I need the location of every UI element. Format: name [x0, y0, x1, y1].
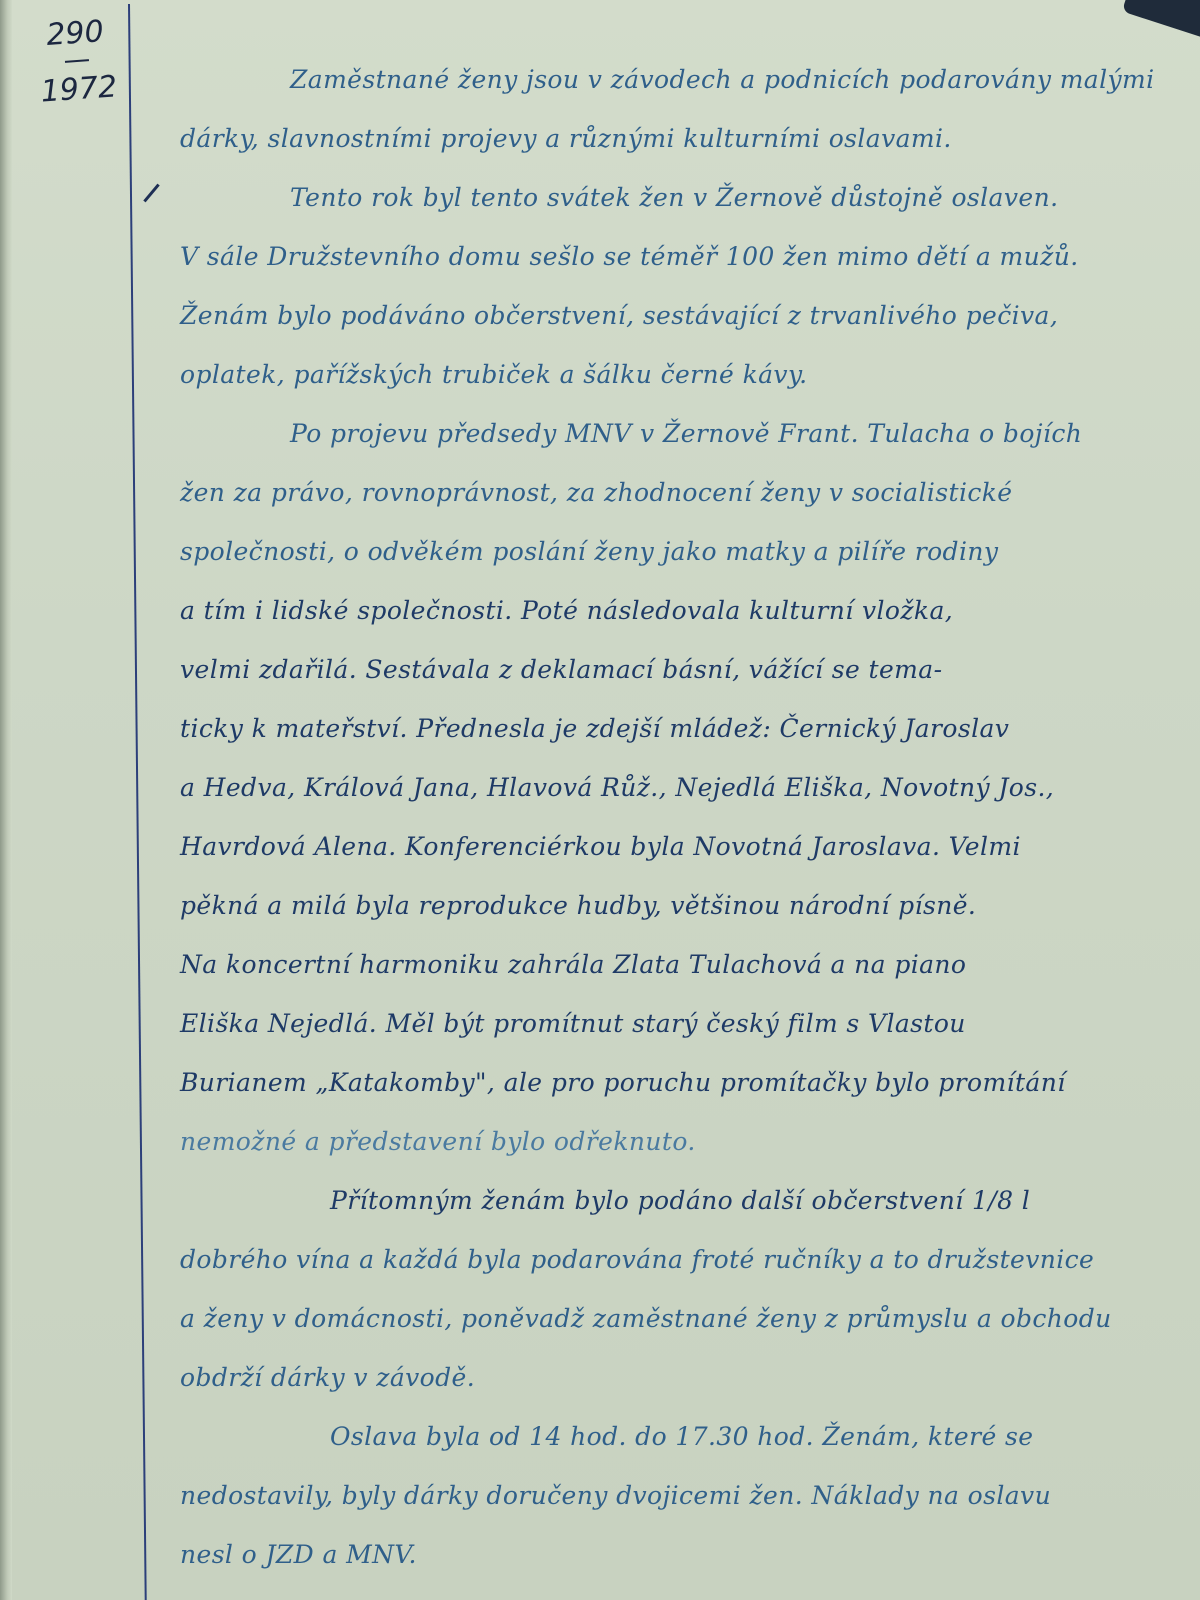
text-line-23: obdrží dárky v závodě. [180, 1348, 1180, 1407]
text-line-16: Na koncertní harmoniku zahrála Zlata Tul… [180, 935, 1180, 994]
text-line-2: dárky, slavnostními projevy a různými ku… [180, 109, 1180, 168]
text-line-24: Oslava byla od 14 hod. do 17.30 hod. Žen… [180, 1407, 1180, 1466]
text-line-19: nemožné a představení bylo odřeknuto. [180, 1112, 1180, 1171]
page-number: 290 [45, 14, 105, 53]
margin-rule-line [128, 4, 147, 1600]
text-line-17: Eliška Nejedlá. Měl být promítnut starý … [180, 994, 1180, 1053]
text-line-9: společnosti, o odvěkém poslání ženy jako… [180, 522, 1180, 581]
text-line-14: Havrdová Alena. Konferenciérkou byla Nov… [180, 817, 1180, 876]
correction-mark [143, 184, 159, 203]
chronicle-page: 290 1972 Zaměstnané ženy jsou v závodech… [0, 0, 1200, 1600]
text-line-3: Tento rok byl tento svátek žen v Žernově… [180, 168, 1180, 227]
text-line-18: Burianem „Katakomby", ale pro poruchu pr… [180, 1053, 1180, 1112]
page-binding-edge [0, 0, 12, 1600]
text-line-20: Přítomným ženám bylo podáno další občers… [180, 1171, 1180, 1230]
text-line-12: ticky k mateřství. Přednesla je zdejší m… [180, 699, 1180, 758]
text-line-10: a tím i lidské společnosti. Poté následo… [180, 581, 1180, 640]
text-line-5: Ženám bylo podáváno občerstvení, sestáva… [180, 286, 1180, 345]
text-line-25: nedostavily, byly dárky doručeny dvojice… [180, 1466, 1180, 1525]
text-line-13: a Hedva, Králová Jana, Hlavová Růž., Nej… [180, 758, 1180, 817]
text-line-1: Zaměstnané ženy jsou v závodech a podnic… [180, 50, 1180, 109]
text-line-6: oplatek, pařížských trubiček a šálku čer… [180, 345, 1180, 404]
text-line-7: Po projevu předsedy MNV v Žernově Frant.… [180, 404, 1180, 463]
text-line-21: dobrého vína a každá byla podarována fro… [180, 1230, 1180, 1289]
text-line-26: nesl o JZD a MNV. [180, 1525, 1180, 1584]
text-line-4: V sále Družstevního domu sešlo se téměř … [180, 227, 1180, 286]
margin-note: 290 1972 [29, 15, 125, 108]
text-line-22: a ženy v domácnosti, poněvadž zaměstnané… [180, 1289, 1180, 1348]
text-line-11: velmi zdařilá. Sestávala z deklamací bás… [180, 640, 1180, 699]
text-line-15: pěkná a milá byla reprodukce hudby, větš… [180, 876, 1180, 935]
margin-separator [65, 59, 89, 63]
year: 1972 [40, 69, 119, 109]
handwritten-text-body: Zaměstnané ženy jsou v závodech a podnic… [180, 50, 1180, 1584]
page-corner-shadow [1122, 0, 1200, 45]
text-line-8: žen za právo, rovnoprávnost, za zhodnoce… [180, 463, 1180, 522]
